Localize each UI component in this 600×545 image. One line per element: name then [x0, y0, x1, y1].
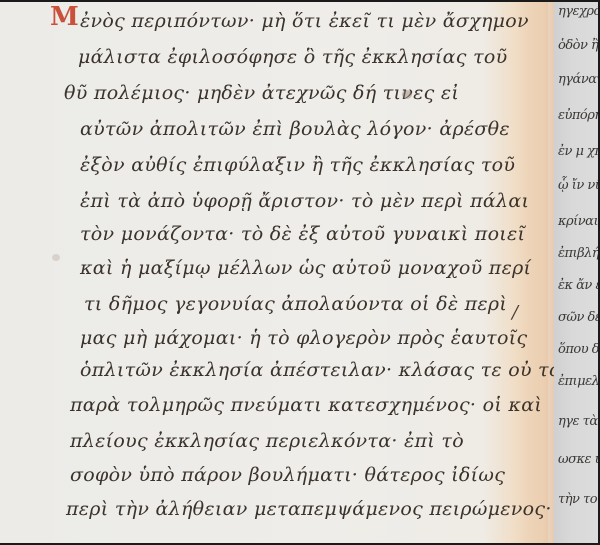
facing-text-fragment: ωσκε ὑπο — [558, 452, 598, 467]
facing-text-fragment: ηγάνατ — [558, 72, 598, 87]
text-line-5: ἐξὸν αὐθίς ἐπιφύλαξιν ἢ τῆς ἐκκλησίας το… — [80, 154, 515, 176]
text-line-9: τι δῆμος γεγονυίας ἀπολαύοντα οἱ δὲ περὶ — [84, 293, 507, 315]
text-line-8: καὶ ἡ μαξίμῳ μέλλων ὡς αὐτοῦ μοναχοῦ περ… — [80, 257, 531, 279]
facing-text-fragment: σῶν δὲ ἐν — [558, 310, 598, 325]
text-line-15: περὶ τὴν ἀλήθειαν μεταπεμψάμενος πειρώμε… — [66, 498, 552, 520]
facing-text-fragment: ἐν μ χπ — [558, 144, 598, 159]
facing-text-fragment: κρίναι μ — [558, 214, 598, 229]
ink-stain — [52, 254, 60, 261]
text-line-7: τὸν μονάζοντα· τὸ δὲ ἐξ αὐτοῦ γυναικὶ πο… — [80, 223, 525, 245]
ink-stain — [402, 90, 412, 99]
text-line-1: ἐνὸς περιπόντων· μὴ ὅτι ἐκεῖ τι μὲν ἄσχη… — [80, 10, 529, 32]
facing-text-fragment: ηγε τὰ στα — [558, 414, 598, 429]
manuscript-page: Μ ἐνὸς περιπόντων· μὴ ὅτι ἐκεῖ τι μὲν ἄσ… — [0, 2, 548, 543]
facing-page-edge: ηγεχρόν ὁδὸν ἢτο ηγάνατ εὐπόρης ἐν μ χπ … — [554, 2, 598, 543]
text-line-6: ἐπὶ τὰ ἀπὸ ὑφορῇ ἄριστον· τὸ μὲν περὶ πά… — [80, 190, 529, 212]
facing-text-fragment: τὴν τοῦ — [558, 492, 598, 507]
facing-text-fragment: ἐπιμελεν — [558, 374, 598, 389]
margin-stroke: / — [512, 302, 518, 323]
facing-text-fragment: ἐκ ἄν ἐν — [558, 278, 598, 293]
facing-text-fragment: ἐπιβλήν — [558, 246, 598, 261]
text-line-14: σοφὸν ὑπὸ πάρον βουλήματι· θάτερος ἰδίως — [70, 464, 505, 486]
facing-text-fragment: ὅπου δίκα — [558, 342, 598, 357]
rubricated-initial: Μ — [50, 4, 79, 30]
text-line-2: μάλιστα ἐφιλοσόφησε ὃ τῆς ἐκκλησίας τοῦ — [78, 46, 507, 68]
text-line-13: πλείους ἐκκλησίας περιελκόντα· ἐπὶ τὸ — [70, 430, 464, 452]
manuscript-viewer: Μ ἐνὸς περιπόντων· μὴ ὅτι ἐκεῖ τι μὲν ἄσ… — [0, 0, 600, 545]
text-line-4: αὐτῶν ἀπολιτῶν ἐπὶ βουλὰς λόγον· ἀρέσθε — [80, 118, 510, 140]
text-line-10: μας μὴ μάχομαι· ἡ τὸ φλογερὸν πρὸς ἑαυτο… — [80, 327, 527, 349]
facing-text-fragment: ηγεχρόν — [558, 4, 598, 19]
facing-text-fragment: ὁδὸν ἢτο — [558, 38, 598, 53]
text-line-11: ὁπλιτῶν ἐκκλησία ἀπέστειλαν· κλάσας τε ο… — [80, 359, 573, 381]
text-line-12: παρὰ τολμηρῶς πνεύματι κατεσχημένος· οἱ … — [70, 394, 542, 416]
facing-text-fragment: ᾧ ἴν νῦν — [558, 178, 598, 193]
facing-text-fragment: εὐπόρης — [558, 108, 598, 123]
text-line-3: θῦ πολέμιος· μηδὲν ἀτεχνῶς δή τινες εἰ — [64, 82, 459, 104]
